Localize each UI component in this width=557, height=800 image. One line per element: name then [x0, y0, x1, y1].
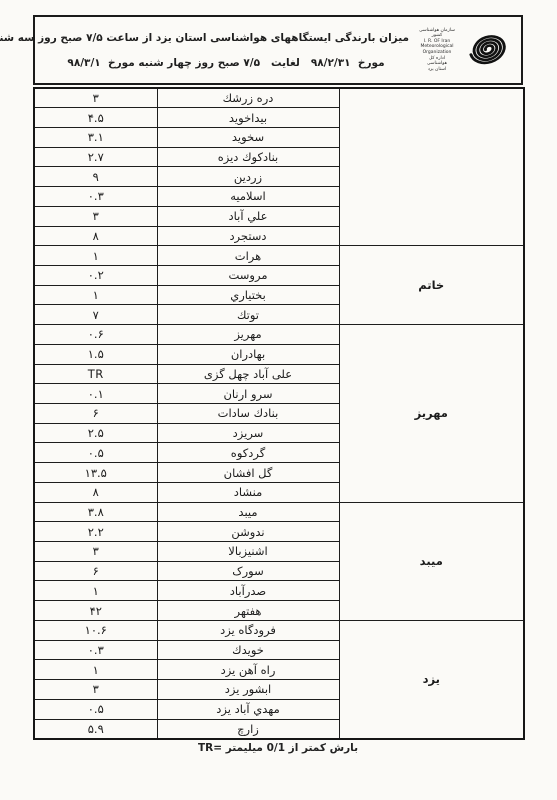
value-cell: ۲.۵: [34, 423, 157, 443]
station-cell: زردین: [157, 167, 339, 187]
station-cell: بختیاري: [157, 285, 339, 305]
region-cell: یزد: [339, 620, 524, 738]
value-cell: ۳.۸: [34, 502, 157, 522]
value-cell: ۱: [34, 581, 157, 601]
spiral-logo-icon: [453, 20, 517, 80]
station-cell: منشاد: [157, 482, 339, 502]
station-cell: بنادکوك دیزه: [157, 147, 339, 167]
value-cell: ۱: [34, 285, 157, 305]
report-title-line2: مورخ ۹۸/۲/۳۱ لغایت ۷/۵ صبح روز چهار شنبه…: [43, 51, 409, 76]
station-cell: مهدي آباد یزد: [157, 699, 339, 719]
value-cell: ۳: [34, 206, 157, 226]
value-cell: ۳: [34, 680, 157, 700]
station-cell: سورک: [157, 561, 339, 581]
station-cell: بنادك سادات: [157, 404, 339, 424]
station-cell: سریزد: [157, 423, 339, 443]
logo-text: سازمان هواشناسی کشور I. R. OF Iran Meteo…: [415, 28, 459, 73]
region-cell: خاتم: [339, 246, 524, 325]
station-cell: مروست: [157, 265, 339, 285]
station-cell: بیداخوید: [157, 108, 339, 128]
region-cell: [339, 88, 524, 246]
station-cell: صدرآباد: [157, 581, 339, 601]
station-cell: ابشور یزد: [157, 680, 339, 700]
value-cell: ۰.۳: [34, 640, 157, 660]
report-header: میزان بارندگی ایستگاههای هواشناسی استان …: [33, 15, 523, 85]
report-title: میزان بارندگی ایستگاههای هواشناسی استان …: [43, 26, 409, 76]
value-cell: ۰.۵: [34, 699, 157, 719]
value-cell: ۳: [34, 88, 157, 108]
value-cell: ۲.۲: [34, 522, 157, 542]
logo-text-line: سازمان هواشناسی کشور: [415, 28, 459, 39]
table-row: مهریزمهریز۰.۶: [34, 325, 524, 345]
logo-text-line: استان یزد: [415, 67, 459, 73]
station-cell: راه آهن یزد: [157, 660, 339, 680]
station-cell: علی آباد چهل گزی: [157, 364, 339, 384]
value-cell: ۳.۱: [34, 127, 157, 147]
station-cell: دره زرشك: [157, 88, 339, 108]
value-cell: ۰.۱: [34, 384, 157, 404]
station-cell: زارچ: [157, 719, 339, 739]
value-cell: TR: [34, 364, 157, 384]
station-cell: ندوشن: [157, 522, 339, 542]
station-cell: دستجرد: [157, 226, 339, 246]
value-cell: ۸: [34, 226, 157, 246]
value-cell: ۱: [34, 246, 157, 266]
station-cell: سرو ارنان: [157, 384, 339, 404]
value-cell: ۸: [34, 482, 157, 502]
value-cell: ۰.۲: [34, 265, 157, 285]
station-cell: گردکوه: [157, 443, 339, 463]
station-cell: خویدك: [157, 640, 339, 660]
region-cell: میبد: [339, 502, 524, 620]
table-row: دره زرشك۳: [34, 88, 524, 108]
table-row: خاتمهرات۱: [34, 246, 524, 266]
rainfall-table: دره زرشك۳بیداخوید۴.۵سخوید۳.۱بنادکوك دیزه…: [33, 87, 525, 740]
report-title-line1: میزان بارندگی ایستگاههای هواشناسی استان …: [43, 26, 409, 51]
value-cell: ۰.۳: [34, 187, 157, 207]
station-cell: توتك: [157, 305, 339, 325]
table-row: یزدفرودگاه یزد۱۰.۶: [34, 620, 524, 640]
value-cell: ۴۲: [34, 601, 157, 621]
station-cell: میبد: [157, 502, 339, 522]
value-cell: ۱۰.۶: [34, 620, 157, 640]
value-cell: ۱: [34, 660, 157, 680]
station-cell: فرودگاه یزد: [157, 620, 339, 640]
value-cell: ۳: [34, 542, 157, 562]
value-cell: ۲.۷: [34, 147, 157, 167]
footer-note: بارش کمتر از 0/1 میلیمتر =TR: [33, 742, 523, 754]
value-cell: ۴.۵: [34, 108, 157, 128]
value-cell: ۷: [34, 305, 157, 325]
station-cell: اشنیزبالا: [157, 542, 339, 562]
value-cell: ۹: [34, 167, 157, 187]
value-cell: ۶: [34, 404, 157, 424]
station-cell: هرات: [157, 246, 339, 266]
value-cell: ۰.۵: [34, 443, 157, 463]
station-cell: علي آباد: [157, 206, 339, 226]
station-cell: گل افشان: [157, 463, 339, 483]
value-cell: ۰.۶: [34, 325, 157, 345]
value-cell: ۵.۹: [34, 719, 157, 739]
station-cell: اسلامیه: [157, 187, 339, 207]
value-cell: ۶: [34, 561, 157, 581]
station-cell: هفتهر: [157, 601, 339, 621]
organization-logo: سازمان هواشناسی کشور I. R. OF Iran Meteo…: [411, 19, 517, 81]
table-row: میبدمیبد۳.۸: [34, 502, 524, 522]
value-cell: ۱۳.۵: [34, 463, 157, 483]
region-cell: مهریز: [339, 325, 524, 502]
station-cell: بهادران: [157, 344, 339, 364]
value-cell: ۱.۵: [34, 344, 157, 364]
station-cell: سخوید: [157, 127, 339, 147]
station-cell: مهریز: [157, 325, 339, 345]
document-page: میزان بارندگی ایستگاههای هواشناسی استان …: [0, 0, 557, 800]
